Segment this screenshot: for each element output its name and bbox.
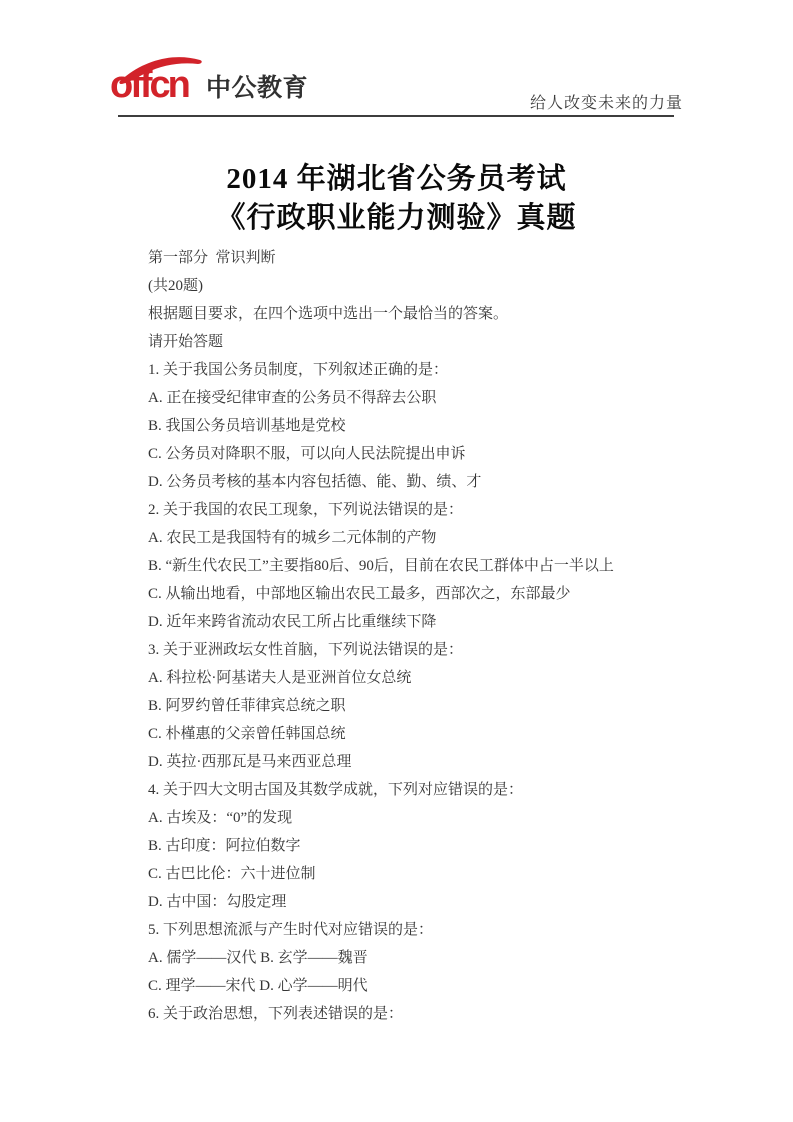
instructions: 根据题目要求，在四个选项中选出一个最恰当的答案。 [148, 300, 688, 328]
question-2-option-c: C. 从输出地看，中部地区输出农民工最多，西部次之，东部最少 [148, 580, 688, 608]
question-2-option-d: D. 近年来跨省流动农民工所占比重继续下降 [148, 608, 688, 636]
header-rule [118, 115, 674, 117]
question-3-option-d: D. 英拉·西那瓦是马来西亚总理 [148, 748, 688, 776]
question-count: (共20题) [148, 272, 688, 300]
header-tagline: 给人改变未来的力量 [530, 90, 683, 113]
offcn-logo: offcn 中公教育 [110, 55, 310, 103]
question-1: 1. 关于我国公务员制度，下列叙述正确的是： [148, 356, 688, 384]
question-1-option-d: D. 公务员考核的基本内容包括德、能、勤、绩、才 [148, 468, 688, 496]
question-4-option-c: C. 古巴比伦：六十进位制 [148, 860, 688, 888]
document-page: offcn 中公教育 给人改变未来的力量 2014 年湖北省公务员考试 《行政职… [0, 0, 793, 1122]
question-3-option-c: C. 朴槿惠的父亲曾任韩国总统 [148, 720, 688, 748]
question-1-option-a: A. 正在接受纪律审查的公务员不得辞去公职 [148, 384, 688, 412]
question-3-option-a: A. 科拉松·阿基诺夫人是亚洲首位女总统 [148, 664, 688, 692]
document-body: 第一部分 常识判断 (共20题) 根据题目要求，在四个选项中选出一个最恰当的答案… [148, 244, 688, 1028]
document-title: 2014 年湖北省公务员考试 《行政职业能力测验》真题 [0, 160, 793, 238]
question-4-option-b: B. 古印度：阿拉伯数字 [148, 832, 688, 860]
title-line-1: 2014 年湖北省公务员考试 [0, 160, 793, 199]
question-2-option-b: B. “新生代农民工”主要指80后、90后，目前在农民工群体中占一半以上 [148, 552, 688, 580]
question-3: 3. 关于亚洲政坛女性首脑，下列说法错误的是： [148, 636, 688, 664]
question-2: 2. 关于我国的农民工现象，下列说法错误的是： [148, 496, 688, 524]
begin-prompt: 请开始答题 [148, 328, 688, 356]
logo-brand-cn: 中公教育 [206, 73, 308, 102]
section-heading: 第一部分 常识判断 [148, 244, 688, 272]
question-5: 5. 下列思想流派与产生时代对应错误的是： [148, 916, 688, 944]
question-5-options-cd: C. 理学——宋代 D. 心学——明代 [148, 972, 688, 1000]
question-4-option-d: D. 古中国：勾股定理 [148, 888, 688, 916]
title-line-2: 《行政职业能力测验》真题 [0, 199, 793, 238]
question-5-options-ab: A. 儒学——汉代 B. 玄学——魏晋 [148, 944, 688, 972]
question-1-option-c: C. 公务员对降职不服，可以向人民法院提出申诉 [148, 440, 688, 468]
question-1-option-b: B. 我国公务员培训基地是党校 [148, 412, 688, 440]
question-4: 4. 关于四大文明古国及其数学成就，下列对应错误的是： [148, 776, 688, 804]
question-3-option-b: B. 阿罗约曾任菲律宾总统之职 [148, 692, 688, 720]
question-6: 6. 关于政治思想，下列表述错误的是： [148, 1000, 688, 1028]
question-4-option-a: A. 古埃及：“0”的发现 [148, 804, 688, 832]
logo-brand-text: offcn [110, 64, 189, 103]
question-2-option-a: A. 农民工是我国特有的城乡二元体制的产物 [148, 524, 688, 552]
